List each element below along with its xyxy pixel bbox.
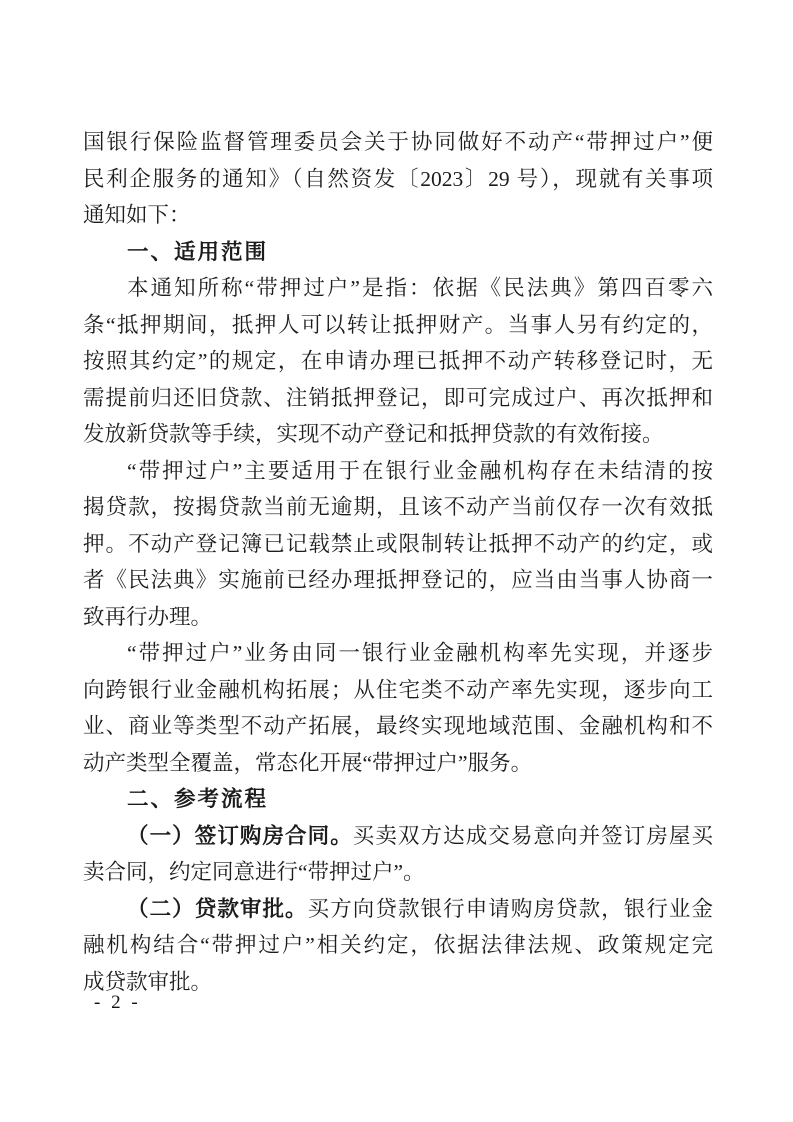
text-line: 成贷款审批。 [83,964,713,1001]
page-number: - 2 - [94,992,141,1014]
text-line: 融机构结合“带押过户”相关约定，依据法律法规、政策规定完 [83,927,713,964]
text-line: 发放新贷款等手续，实现不动产登记和抵押贷款的有效衔接。 [83,416,713,453]
section-heading-process: 二、参考流程 [83,781,713,818]
text-line: “带押过户”主要适用于在银行业金融机构存在未结清的按 [83,453,713,490]
text-line: 动产类型全覆盖，常态化开展“带押过户”服务。 [83,745,713,782]
text-line: 民利企服务的通知》（自然资发〔2023〕29 号），现就有关事项 [83,161,713,198]
text-line: 卖合同，约定同意进行“带押过户”。 [83,854,713,891]
text-line: （一）签订购房合同。买卖双方达成交易意向并签订房屋买 [83,818,713,855]
text-line: 向跨银行业金融机构拓展；从住宅类不动产率先实现，逐步向工 [83,672,713,709]
list-item-title: （二）贷款审批。 [127,897,308,921]
document-body: 国银行保险监督管理委员会关于协同做好不动产“带押过户”便 民利企服务的通知》（自… [83,124,713,1000]
text-line: 致再行办理。 [83,599,713,636]
text-line: 通知如下： [83,197,713,234]
text-line: 业、商业等类型不动产拓展，最终实现地域范围、金融机构和不 [83,708,713,745]
text-line: 押。不动产登记簿已记载禁止或限制转让抵押不动产的约定，或 [83,526,713,563]
document-page: 国银行保险监督管理委员会关于协同做好不动产“带押过户”便 民利企服务的通知》（自… [0,0,793,1122]
text-line: 按照其约定”的规定，在申请办理已抵押不动产转移登记时，无 [83,343,713,380]
list-item-body: 买卖双方达成交易意向并签订房屋买 [353,824,713,848]
text-line: 条“抵押期间，抵押人可以转让抵押财产。当事人另有约定的， [83,307,713,344]
text-line: 本通知所称“带押过户”是指：依据《民法典》第四百零六 [83,270,713,307]
text-line: 者《民法典》实施前已经办理抵押登记的，应当由当事人协商一 [83,562,713,599]
text-line: “带押过户”业务由同一银行业金融机构率先实现，并逐步 [83,635,713,672]
text-line: （二）贷款审批。买方向贷款银行申请购房贷款，银行业金 [83,891,713,928]
section-heading-scope: 一、适用范围 [83,234,713,271]
text-line: 需提前归还旧贷款、注销抵押登记，即可完成过户、再次抵押和 [83,380,713,417]
list-item-title: （一）签订购房合同。 [127,824,353,848]
list-item-body: 买方向贷款银行申请购房贷款，银行业金 [308,897,713,921]
text-line: 揭贷款，按揭贷款当前无逾期，且该不动产当前仅存一次有效抵 [83,489,713,526]
text-line: 国银行保险监督管理委员会关于协同做好不动产“带押过户”便 [83,124,713,161]
